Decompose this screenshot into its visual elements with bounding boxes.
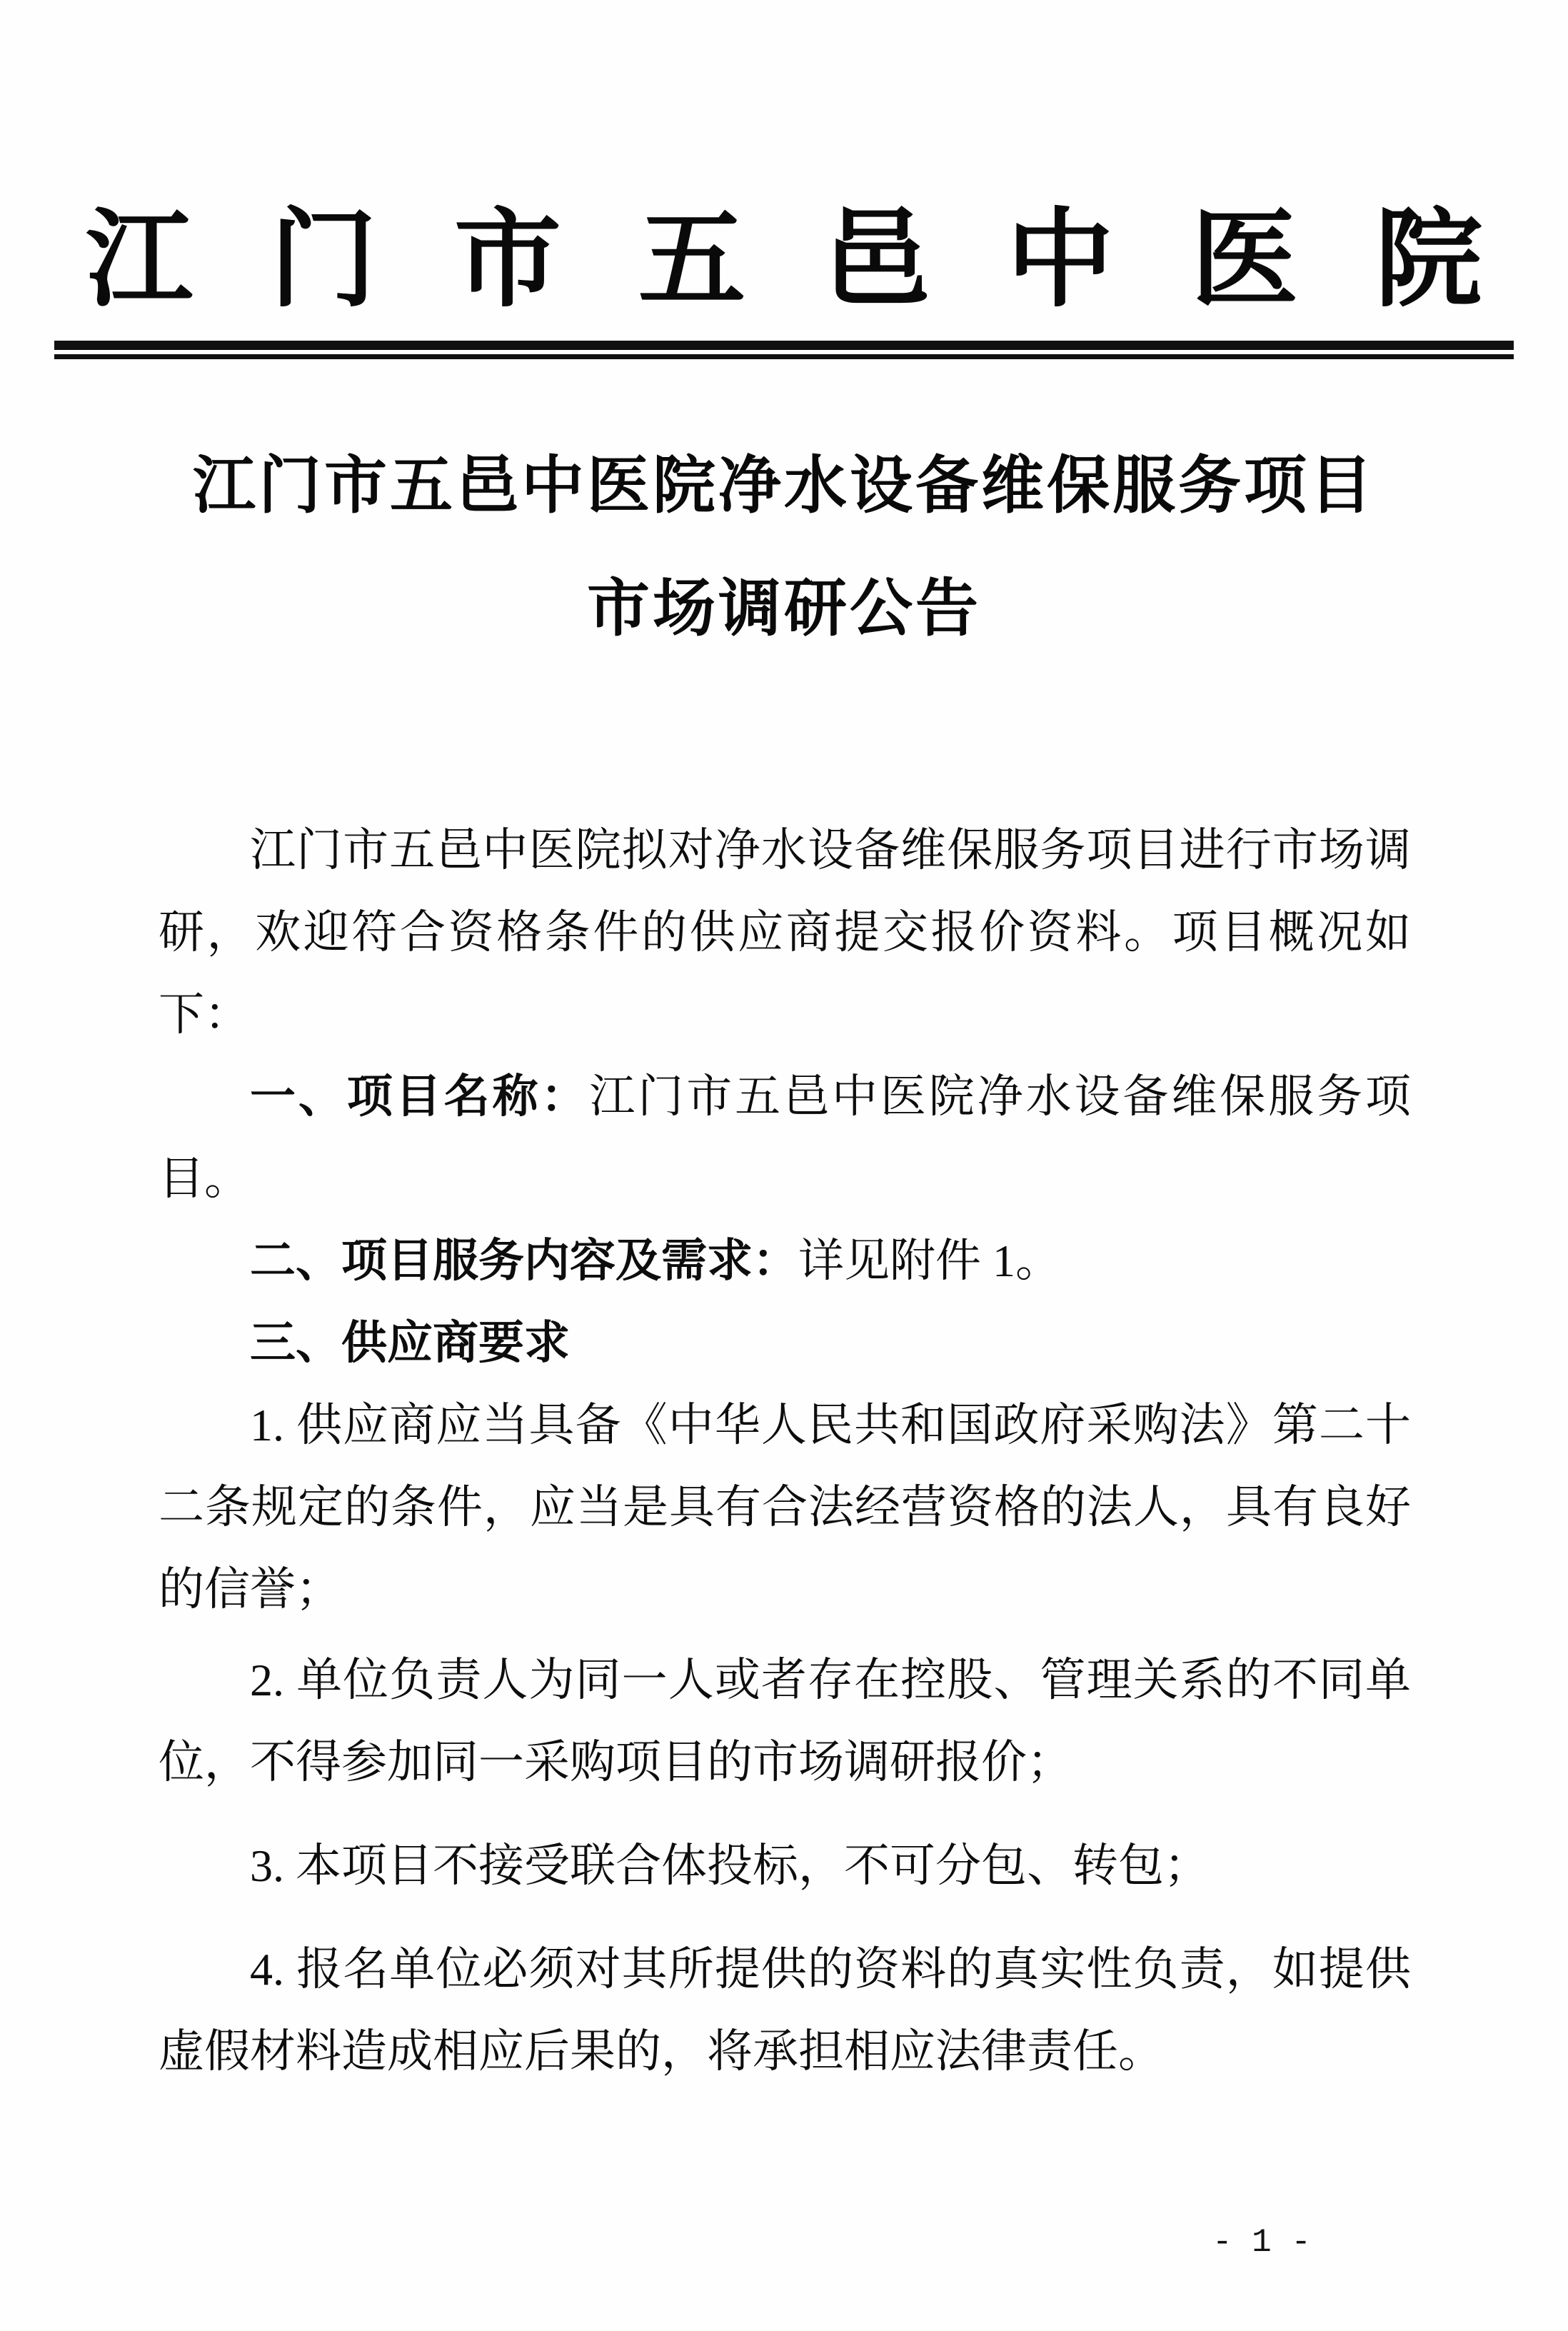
section-2-text: 详见附件 1。 <box>798 1235 1061 1286</box>
requirement-item-2: 2. 单位负责人为同一人或者存在控股、管理关系的不同单位，不得参加同一采购项目的… <box>159 1639 1411 1803</box>
letterhead-hospital-name: 江门市五邑中医院 <box>0 191 1568 331</box>
document-body: 江门市五邑中医院拟对净水设备维保服务项目进行市场调研，欢迎符合资格条件的供应商提… <box>159 809 1411 2092</box>
document-page: 江门市五邑中医院 江门市五邑中医院净水设备维保服务项目 市场调研公告 江门市五邑… <box>0 0 1568 2331</box>
title-line-2: 市场调研公告 <box>0 572 1568 645</box>
section-1-label: 一、项目名称： <box>250 1071 589 1122</box>
section-3-heading: 三、供应商要求 <box>159 1302 1411 1384</box>
section-2-label: 二、项目服务内容及需求： <box>250 1235 798 1286</box>
requirement-item-4: 4. 报名单位必须对其所提供的资料的真实性负责，如提供虚假材料造成相应后果的，将… <box>159 1928 1411 2092</box>
title-line-1: 江门市五邑中医院净水设备维保服务项目 <box>0 449 1568 522</box>
section-2-paragraph: 二、项目服务内容及需求：详见附件 1。 <box>159 1220 1411 1302</box>
document-title: 江门市五邑中医院净水设备维保服务项目 市场调研公告 <box>0 449 1568 645</box>
requirement-item-1: 1. 供应商应当具备《中华人民共和国政府采购法》第二十二条规定的条件，应当是具有… <box>159 1384 1411 1630</box>
page-number: - 1 - <box>1212 2224 1311 2261</box>
section-1-paragraph: 一、项目名称：江门市五邑中医院净水设备维保服务项目。 <box>159 1056 1411 1220</box>
letterhead-divider <box>54 341 1514 359</box>
requirement-item-3: 3. 本项目不接受联合体投标，不可分包、转包； <box>159 1825 1411 1907</box>
intro-paragraph: 江门市五邑中医院拟对净水设备维保服务项目进行市场调研，欢迎符合资格条件的供应商提… <box>159 809 1411 1056</box>
